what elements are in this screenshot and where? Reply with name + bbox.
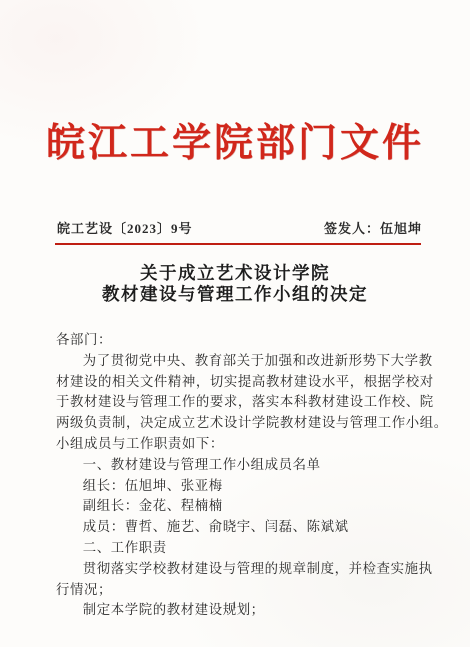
doc-number-row: 皖工艺设〔2023〕9号 签发人：伍旭坤 <box>57 218 422 237</box>
body-line-section-2: 二、工作职责 <box>56 538 426 559</box>
page-number: - 1 - <box>0 601 470 611</box>
body-line-salutation: 各部门： <box>56 330 426 351</box>
document-body: 各部门： 为了贯彻党中央、教育部关于加强和改进新形势下大学教 材建设的相关文件精… <box>56 330 426 621</box>
body-line-members: 成员：曹哲、施艺、俞晓宇、闫磊、陈斌斌 <box>56 517 426 538</box>
body-line: 两级负责制，决定成立艺术设计学院教材建设与管理工作小组。 <box>56 413 426 434</box>
document-title: 关于成立艺术设计学院 教材建设与管理工作小组的决定 <box>0 263 470 305</box>
body-line-leader: 组长：伍旭坤、张亚梅 <box>56 476 426 497</box>
body-line: 行情况； <box>56 580 426 601</box>
doc-number: 皖工艺设〔2023〕9号 <box>57 218 193 237</box>
body-line-section-1: 一、教材建设与管理工作小组成员名单 <box>56 455 426 476</box>
body-line: 材建设的相关文件精神，切实提高教材建设水平，根据学校对 <box>56 372 426 393</box>
document-title-line2: 教材建设与管理工作小组的决定 <box>0 284 470 305</box>
red-header-title: 皖江工学院部门文件 <box>0 112 470 168</box>
issuer-label: 签发人：伍旭坤 <box>324 218 422 237</box>
body-line: 小组成员与工作职责如下： <box>56 434 426 455</box>
red-divider-line <box>55 243 421 245</box>
body-line-deputy: 副组长：金花、程楠楠 <box>56 496 426 517</box>
document-page: 皖江工学院部门文件 皖工艺设〔2023〕9号 签发人：伍旭坤 关于成立艺术设计学… <box>0 0 470 647</box>
body-line: 于教材建设与管理工作的要求，落实本科教材建设工作校、院 <box>56 392 426 413</box>
body-line: 为了贯彻党中央、教育部关于加强和改进新形势下大学教 <box>56 351 426 372</box>
document-title-line1: 关于成立艺术设计学院 <box>0 263 470 284</box>
body-line: 贯彻落实学校教材建设与管理的规章制度，并检查实施执 <box>56 559 426 580</box>
